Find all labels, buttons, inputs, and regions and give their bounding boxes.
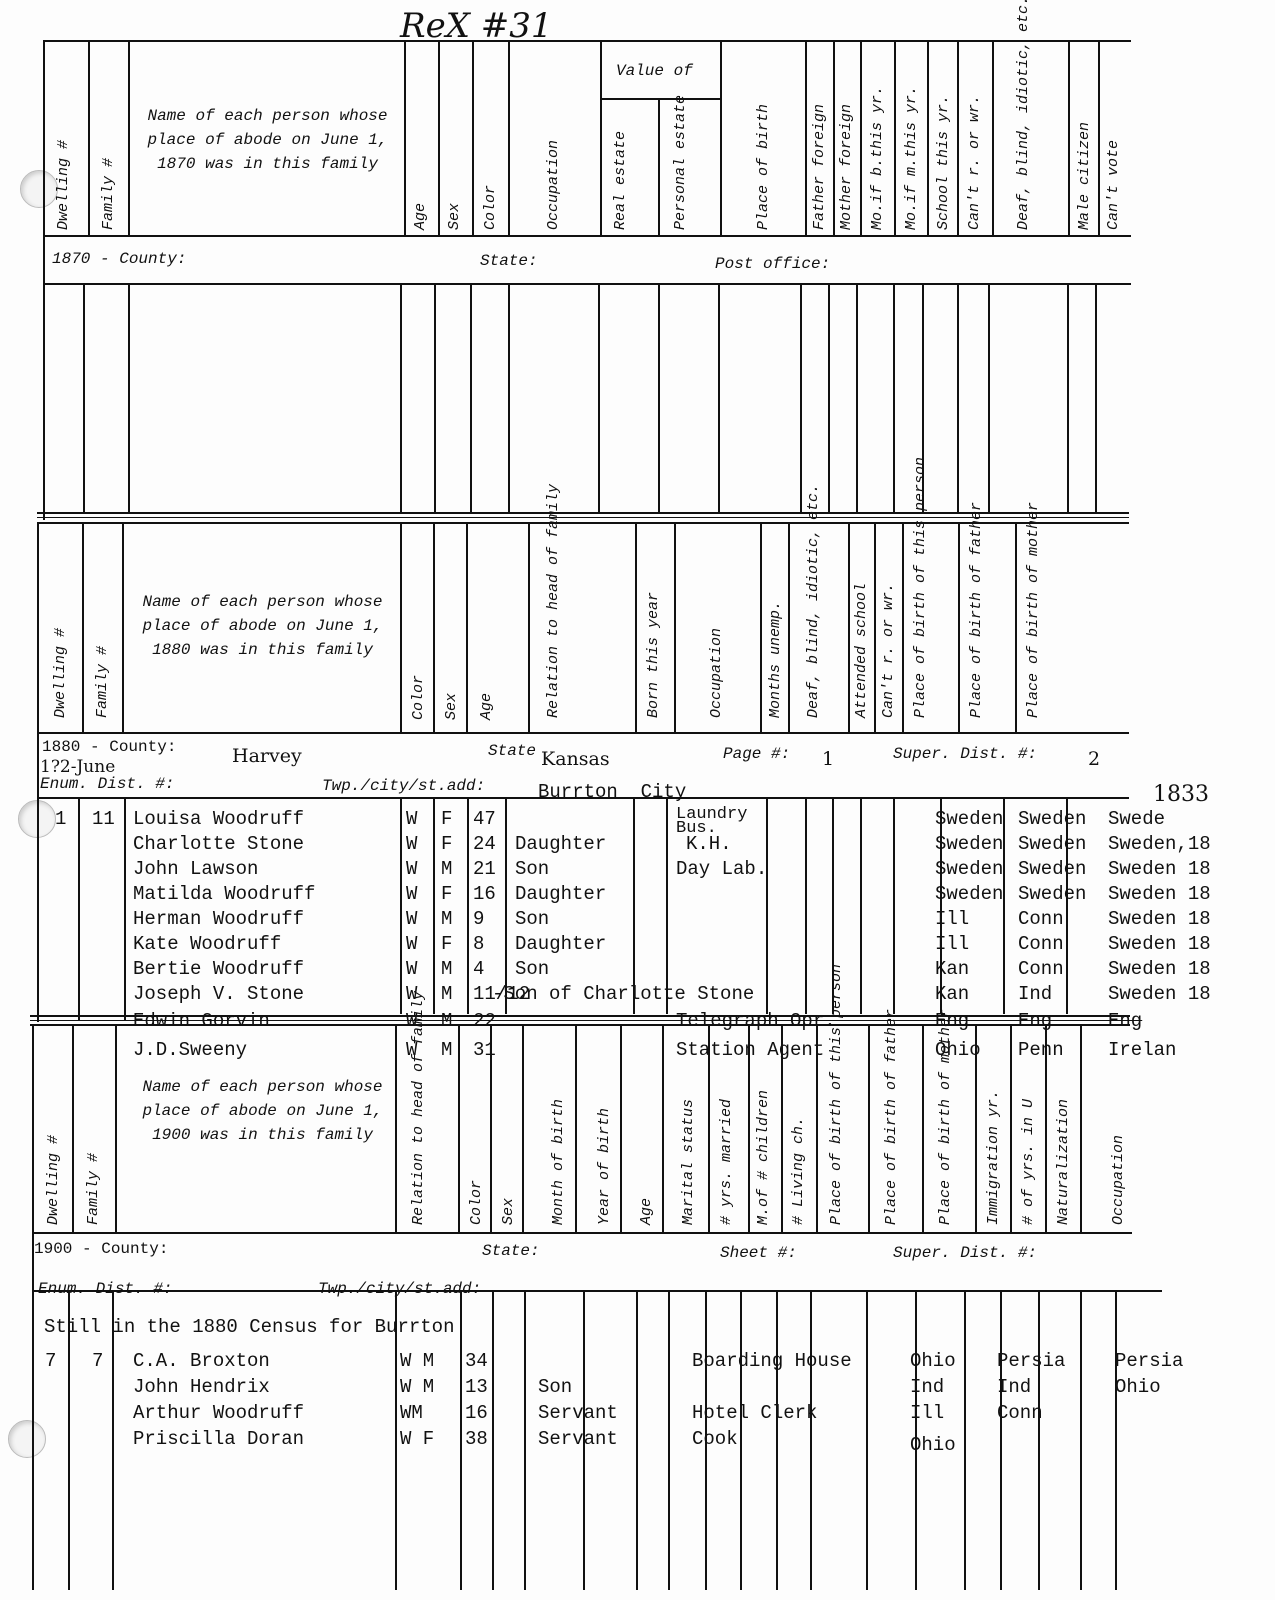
cell-sex: M bbox=[441, 983, 452, 1005]
page-label-1880: Page #: bbox=[723, 745, 790, 763]
col-mo-married-1870: Mo.if m.this yr. bbox=[903, 55, 920, 230]
cell-pob: Sweden bbox=[935, 883, 1003, 905]
note-1900: Still in the 1880 Census for Burrton bbox=[44, 1316, 454, 1338]
cell-pob-mother: Sweden 18 bbox=[1108, 883, 1268, 905]
col-year-birth-1900: Year of birth bbox=[596, 1060, 613, 1225]
col-color-1880: Color bbox=[410, 640, 427, 720]
cell-sex: F bbox=[441, 933, 452, 955]
cell-color: W bbox=[406, 833, 417, 855]
cell-occupation: Laundry Bus. bbox=[676, 808, 766, 836]
super-dist-label-1880: Super. Dist. #: bbox=[893, 745, 1037, 763]
cell-relation: Daughter bbox=[515, 833, 606, 855]
super-dist-label-1900: Super. Dist. #: bbox=[893, 1244, 1037, 1262]
cell-sex: F bbox=[441, 808, 452, 830]
cell-name: Joseph V. Stone bbox=[133, 983, 304, 1005]
name-header-1880: Name of each person whose place of abode… bbox=[140, 590, 385, 662]
cell-pob-mother: Sweden 18 bbox=[1108, 983, 1268, 1005]
col-age-1900: Age bbox=[638, 1170, 655, 1225]
cell-relation: Son bbox=[515, 908, 549, 930]
col-dwelling-1880: Dwelling # bbox=[52, 600, 69, 718]
cell-sex: M bbox=[441, 1039, 452, 1061]
page-number-note: 1833 bbox=[1153, 782, 1209, 807]
cell-color: W bbox=[406, 908, 417, 930]
cell-name: Herman Woodruff bbox=[133, 908, 304, 930]
cell-age: 16 bbox=[465, 1402, 488, 1424]
cell-color: W bbox=[406, 858, 417, 880]
cell-name: John Lawson bbox=[133, 858, 258, 880]
col-cant-read-1880: Can't r. or wr. bbox=[880, 550, 897, 718]
cell-pob-father: Ind bbox=[997, 1376, 1031, 1398]
cell-age: 13 bbox=[465, 1376, 488, 1398]
cell-dwelling: 1 bbox=[55, 808, 66, 830]
cell-occupation: Hotel Clerk bbox=[692, 1402, 817, 1424]
col-sex-1870: Sex bbox=[446, 150, 463, 230]
cell-family: 11 bbox=[92, 808, 115, 830]
cell-sex: M bbox=[441, 1010, 452, 1032]
cell-pob-mother: Sweden,18 bbox=[1108, 833, 1268, 855]
cell-age: 34 bbox=[465, 1350, 488, 1372]
col-age-1870: Age bbox=[412, 150, 429, 230]
twp-label-1880: Twp./city/st.add: bbox=[322, 777, 485, 795]
col-pob-person-1880: Place of birth of this person bbox=[912, 555, 948, 718]
cell-relation: Son bbox=[515, 858, 549, 880]
col-cant-read-1870: Can't r. or wr. bbox=[966, 55, 983, 230]
col-color-1900: Color bbox=[468, 1140, 485, 1225]
cell-color-sex: W M bbox=[400, 1376, 434, 1398]
col-place-of-birth-1870: Place of birth bbox=[755, 60, 772, 230]
cell-relation: Daughter bbox=[515, 933, 606, 955]
col-months-unemp-1880: Months unemp. bbox=[767, 570, 784, 718]
state-label-1870: State: bbox=[480, 252, 538, 270]
col-mo-born-1870: Mo.if b.this yr. bbox=[869, 55, 886, 230]
cell-pob-father: Conn bbox=[997, 1402, 1043, 1424]
col-male-citizen-1870: Male citizen bbox=[1076, 60, 1093, 230]
post-office-label-1870: Post office: bbox=[715, 255, 830, 273]
col-immigration-yr-1900: Immigration yr. bbox=[985, 1060, 1002, 1225]
cell-pob-mother: Sweden 18 bbox=[1108, 858, 1268, 880]
col-pob-person-1900: Place of birth of this person bbox=[828, 1060, 864, 1225]
cell-age: 4 bbox=[473, 958, 484, 980]
cell-pob-father: Sweden bbox=[1018, 883, 1086, 905]
col-deaf-blind-1870: Deaf, blind, idiotic, etc. bbox=[1015, 55, 1055, 230]
col-pob-father-1900: Place of birth of father bbox=[883, 1060, 919, 1225]
state-value-1880: Kansas bbox=[541, 748, 610, 770]
state-label-1900: State: bbox=[482, 1242, 540, 1260]
cell-pob: Ill bbox=[935, 908, 969, 930]
twp-label-1900: Twp./city/st.add: bbox=[318, 1280, 481, 1298]
cell-sex: F bbox=[441, 883, 452, 905]
cell-occupation: Telegraph Opr. bbox=[676, 1010, 836, 1032]
col-school-1870: School this yr. bbox=[935, 55, 952, 230]
cell-pob-father: Sweden bbox=[1018, 858, 1086, 880]
cell-name: Kate Woodruff bbox=[133, 933, 281, 955]
col-pob-mother-1880: Place of birth of mother bbox=[1025, 555, 1061, 718]
col-marital-status-1900: Marital status bbox=[680, 1060, 697, 1225]
cell-name: Edwin Gorvin bbox=[133, 1010, 270, 1032]
cell-pob: Sweden bbox=[935, 858, 1003, 880]
col-yrs-in-us-1900: # of yrs. in U bbox=[1020, 1060, 1037, 1225]
cell-age: 24 bbox=[473, 833, 496, 855]
cell-age: 38 bbox=[465, 1428, 488, 1450]
cell-name: J.D.Sweeny bbox=[133, 1039, 247, 1061]
super-dist-value-1880: 2 bbox=[1088, 748, 1100, 770]
col-real-estate-1870: Real estate bbox=[612, 140, 629, 230]
col-living-ch-1900: # Living ch. bbox=[790, 1060, 807, 1225]
col-relation-1900: Relation to head of family bbox=[410, 1060, 446, 1225]
cell-occupation: K.H. bbox=[686, 833, 732, 855]
col-occupation-1870: Occupation bbox=[545, 100, 562, 230]
col-family-1880: Family # bbox=[94, 610, 111, 718]
cell-age: 31 bbox=[473, 1039, 496, 1061]
cell-pob-father: Eng bbox=[1018, 1010, 1052, 1032]
cell-pob-father: Conn bbox=[1018, 908, 1064, 930]
cell-color-sex: WM bbox=[400, 1402, 423, 1424]
cell-pob-mother: Sweden 18 bbox=[1108, 933, 1268, 955]
cell-pob-father: Persia bbox=[997, 1350, 1065, 1372]
cell-name: Bertie Woodruff bbox=[133, 958, 304, 980]
col-father-foreign-1870: Father foreign bbox=[811, 60, 828, 230]
cell-age: 8 bbox=[473, 933, 484, 955]
col-naturalization-1900: Naturalization bbox=[1055, 1060, 1072, 1225]
cell-name: John Hendrix bbox=[133, 1376, 270, 1398]
cell-sex: F bbox=[441, 833, 452, 855]
cell-pob: Ill bbox=[935, 933, 969, 955]
col-m-of-children-1900: M.of # children bbox=[755, 1060, 772, 1225]
cell-occupation: Cook bbox=[692, 1428, 738, 1450]
enum-dist-label-1900: Enum. Dist. #: bbox=[38, 1280, 172, 1298]
binder-hole-bottom bbox=[8, 1420, 46, 1458]
cell-relation: Servant bbox=[538, 1428, 618, 1450]
col-family-1870: Family # bbox=[100, 100, 117, 230]
col-cant-vote-1870: Can't vote bbox=[1105, 100, 1122, 230]
cell-relation: Daughter bbox=[515, 883, 606, 905]
cell-occupation: Day Lab. bbox=[676, 858, 767, 880]
county-value-1880: Harvey bbox=[232, 745, 302, 767]
date-note-1880: 1?2-June bbox=[40, 757, 115, 777]
cell-pob-father: Ind bbox=[1018, 983, 1052, 1005]
col-color-1870: Color bbox=[482, 130, 499, 230]
cell-pob-father: Conn bbox=[1018, 958, 1064, 980]
cell-pob-mother: Swede bbox=[1108, 808, 1268, 830]
cell-relation: Son bbox=[538, 1376, 572, 1398]
cell-pob-mother: Sweden 18 bbox=[1108, 908, 1268, 930]
col-occupation-1880: Occupation bbox=[708, 600, 725, 718]
col-value-of-1870: Value of bbox=[616, 62, 693, 80]
cell-family: 7 bbox=[92, 1350, 103, 1372]
state-label-1880: State bbox=[488, 742, 536, 760]
county-label-1880: 1880 - County: bbox=[42, 738, 176, 756]
cell-name: Charlotte Stone bbox=[133, 833, 304, 855]
col-sex-1900: Sex bbox=[500, 1170, 517, 1225]
cell-pob: Ohio bbox=[910, 1434, 956, 1456]
cell-sex: M bbox=[441, 958, 452, 980]
col-yrs-married-1900: # yrs. married bbox=[718, 1060, 735, 1225]
col-attended-school-1880: Attended school bbox=[853, 550, 870, 718]
cell-color: W bbox=[406, 883, 417, 905]
binder-hole-top bbox=[20, 170, 58, 208]
col-age-1880: Age bbox=[478, 660, 495, 720]
cell-pob-father: Sweden bbox=[1018, 833, 1086, 855]
cell-color-sex: W F bbox=[400, 1428, 434, 1450]
col-personal-estate-1870: Personal estate bbox=[672, 130, 689, 230]
cell-age: 47 bbox=[473, 808, 496, 830]
cell-dwelling: 7 bbox=[45, 1350, 56, 1372]
col-family-1900: Family # bbox=[85, 1110, 102, 1225]
cell-occupation: Station Agent bbox=[676, 1039, 824, 1061]
col-dwelling-1870: Dwelling # bbox=[55, 100, 72, 230]
cell-pob-father: Sweden bbox=[1018, 808, 1086, 830]
cell-pob: Sweden bbox=[935, 833, 1003, 855]
cell-pob: Sweden bbox=[935, 808, 1003, 830]
col-mother-foreign-1870: Mother foreign bbox=[838, 60, 855, 230]
cell-pob: Ind bbox=[910, 1376, 944, 1398]
twp-value-1880: Burrton City bbox=[538, 781, 686, 803]
cell-pob-mother: Sweden 18 bbox=[1108, 958, 1268, 980]
cell-pob: Kan bbox=[935, 983, 969, 1005]
col-month-birth-1900: Month of birth bbox=[550, 1060, 567, 1225]
cell-age: 16 bbox=[473, 883, 496, 905]
cell-age: 22 bbox=[473, 1010, 496, 1032]
cell-age: 21 bbox=[473, 858, 496, 880]
county-label-1870: 1870 - County: bbox=[52, 250, 186, 268]
county-label-1900: 1900 - County: bbox=[34, 1240, 168, 1258]
cell-pob-father: Conn bbox=[1018, 933, 1064, 955]
cell-pob-mother: Persia bbox=[1115, 1350, 1183, 1372]
cell-color: W bbox=[406, 958, 417, 980]
col-occupation-1900: Occupation bbox=[1110, 1100, 1127, 1225]
cell-pob-father: Penn bbox=[1018, 1039, 1064, 1061]
cell-pob-mother: Ohio bbox=[1115, 1376, 1161, 1398]
cell-relation: -Son of Charlotte Stone bbox=[492, 983, 754, 1005]
cell-color: W bbox=[406, 933, 417, 955]
cell-sex: M bbox=[441, 908, 452, 930]
cell-name: Arthur Woodruff bbox=[133, 1402, 304, 1424]
cell-pob-mother: Irelan bbox=[1108, 1039, 1268, 1061]
cell-sex: M bbox=[441, 858, 452, 880]
col-sex-1880: Sex bbox=[443, 660, 460, 720]
cell-pob: Kan bbox=[935, 958, 969, 980]
cell-relation: Servant bbox=[538, 1402, 618, 1424]
cell-name: C.A. Broxton bbox=[133, 1350, 270, 1372]
cell-pob: Ill bbox=[910, 1402, 944, 1424]
col-born-this-year-1880: Born this year bbox=[645, 560, 662, 718]
cell-relation: Son bbox=[515, 958, 549, 980]
col-deaf-blind-1880: Deaf, blind, idiotic, etc. bbox=[805, 570, 841, 718]
cell-occupation: Boarding House bbox=[692, 1350, 852, 1372]
name-header-1870: Name of each person whose place of abode… bbox=[145, 104, 390, 176]
col-pob-mother-1900: Place of birth of mother bbox=[937, 1060, 973, 1225]
cell-name: Louisa Woodruff bbox=[133, 808, 304, 830]
cell-pob: Ohio bbox=[910, 1350, 956, 1372]
cell-color: W bbox=[406, 808, 417, 830]
col-pob-father-1880: Place of birth of father bbox=[968, 555, 1004, 718]
sheet-label-1900: Sheet #: bbox=[720, 1244, 797, 1262]
cell-pob-mother: Eng bbox=[1108, 1010, 1268, 1032]
page-value-1880: 1 bbox=[822, 748, 834, 770]
cell-color-sex: W M bbox=[400, 1350, 434, 1372]
name-header-1900: Name of each person whose place of abode… bbox=[140, 1075, 385, 1147]
cell-name: Priscilla Doran bbox=[133, 1428, 304, 1450]
col-relation-1880: Relation to head of family bbox=[545, 560, 581, 718]
cell-age: 9 bbox=[473, 908, 484, 930]
cell-name: Matilda Woodruff bbox=[133, 883, 315, 905]
col-dwelling-1900: Dwelling # bbox=[45, 1100, 62, 1225]
enum-dist-label-1880: Enum. Dist. #: bbox=[40, 775, 174, 793]
